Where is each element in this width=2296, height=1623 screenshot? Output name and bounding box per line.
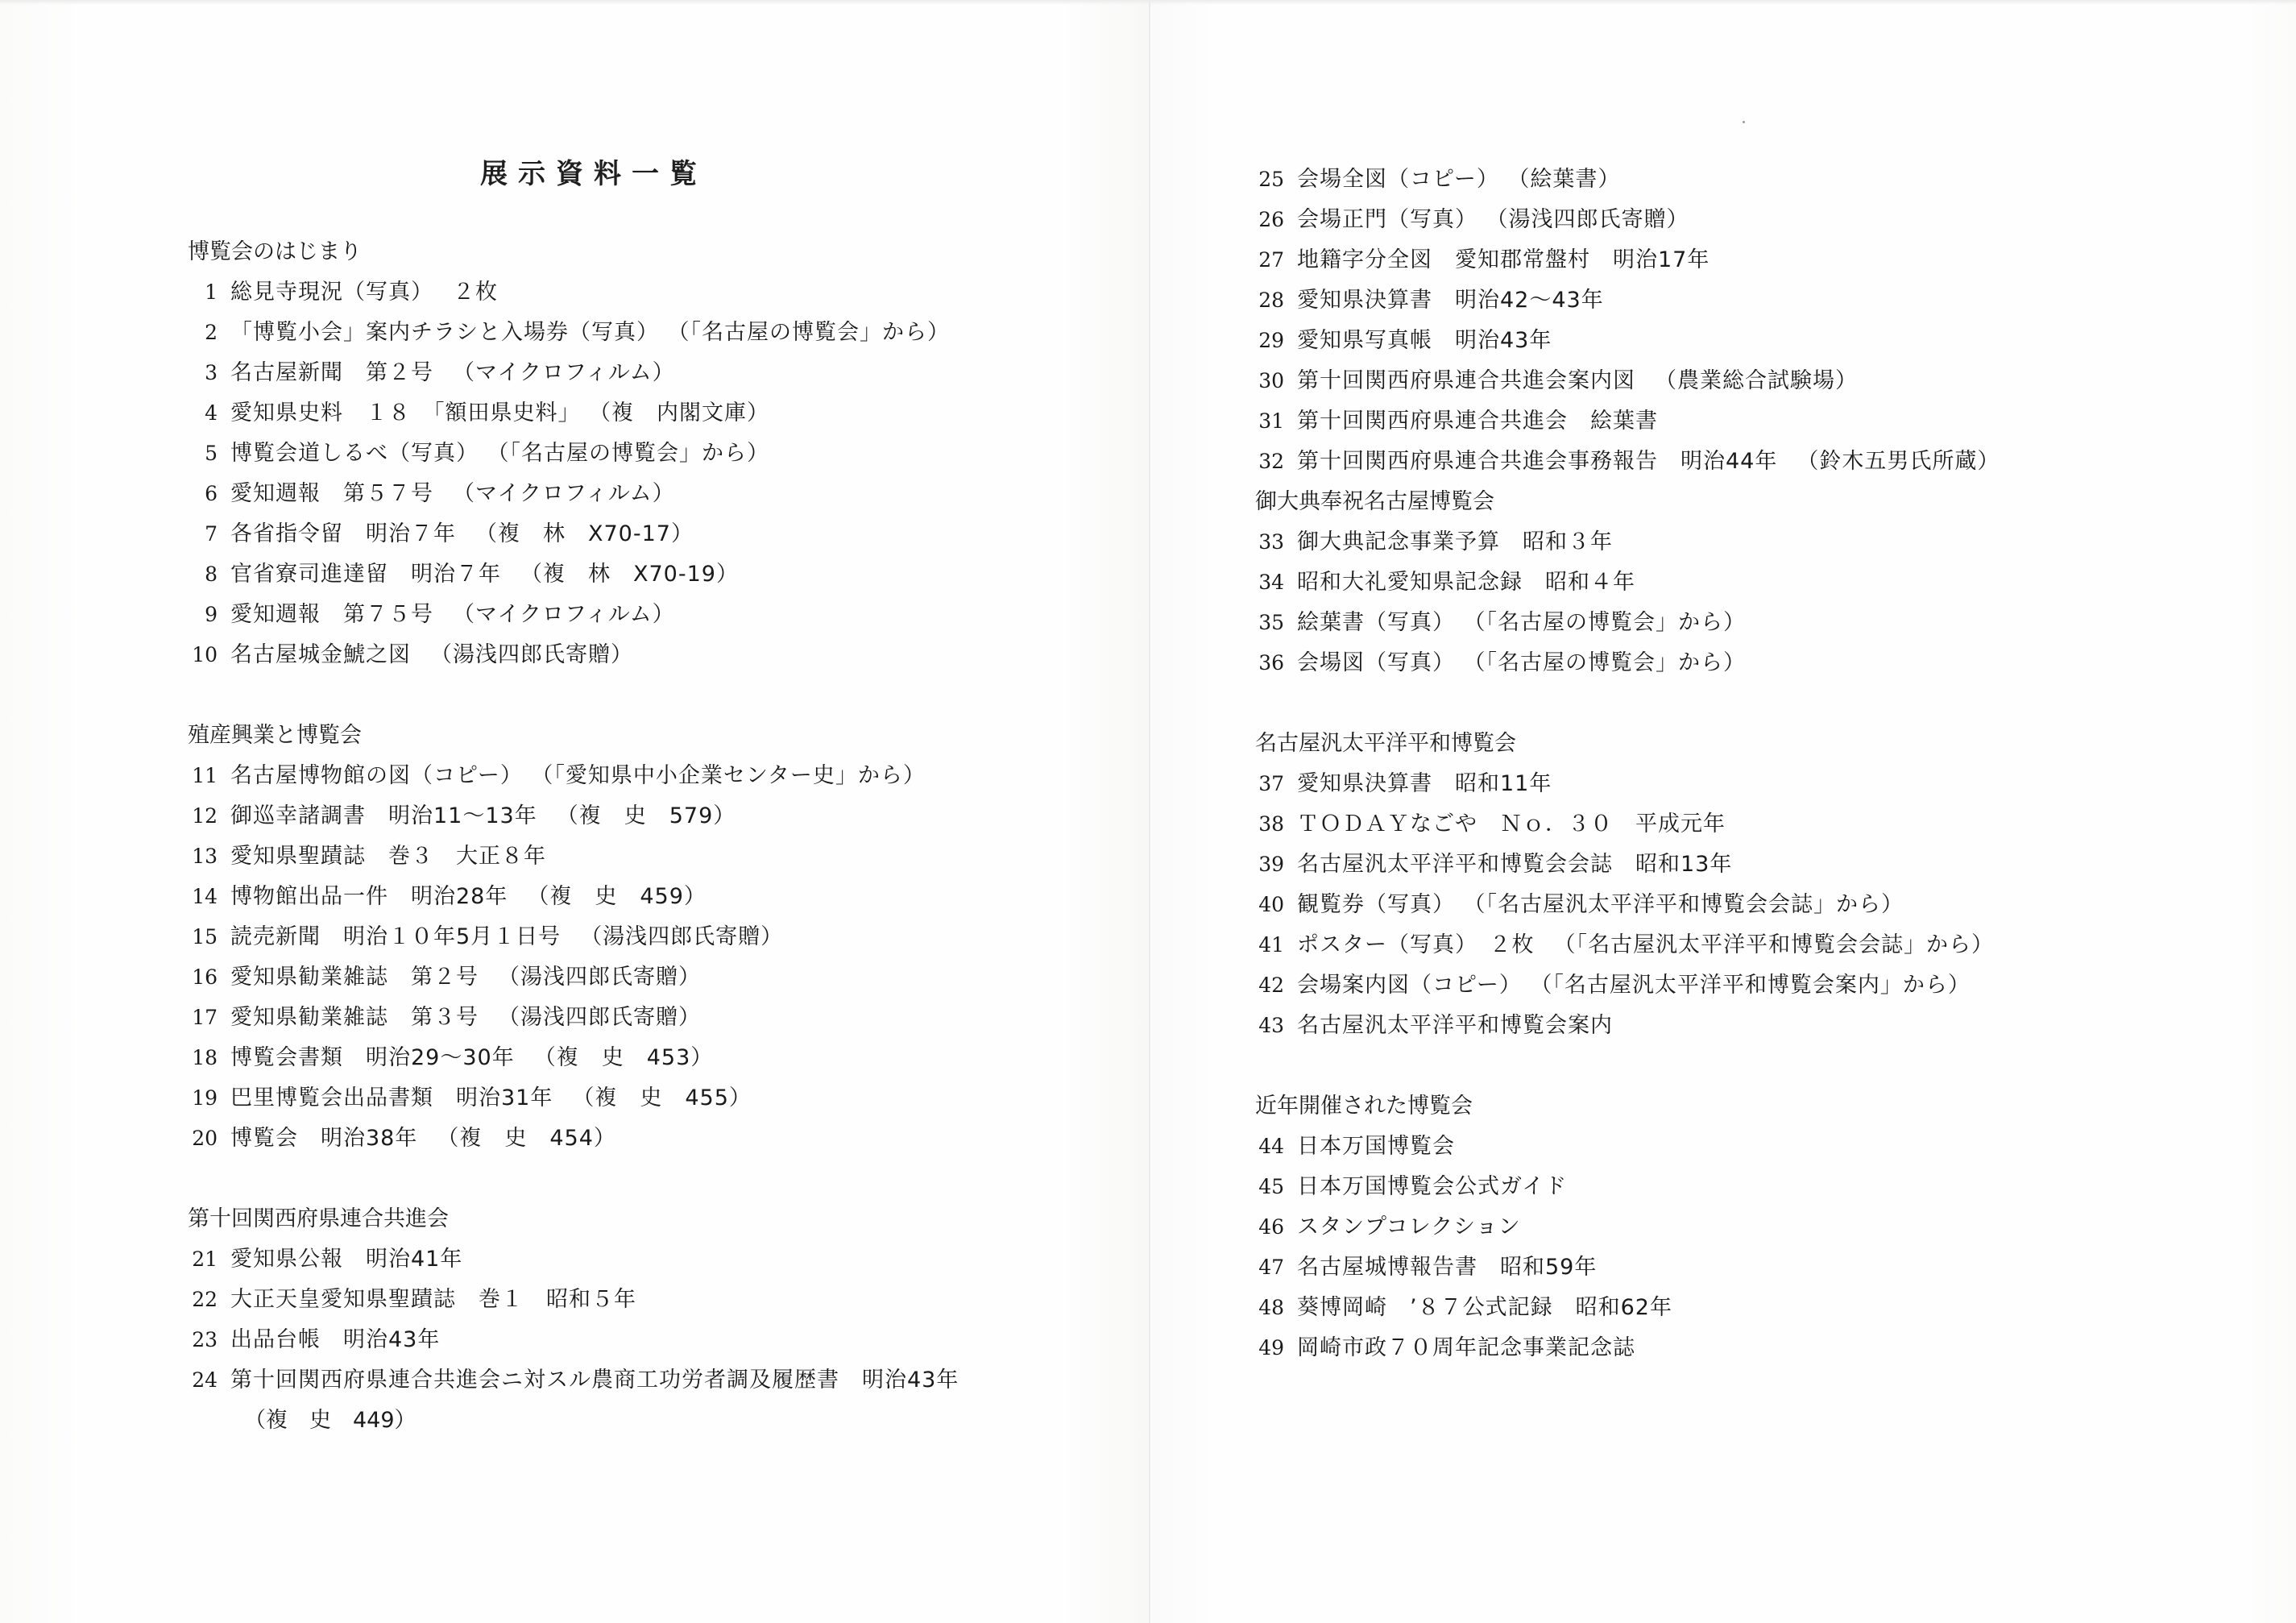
item-note: （複 林 X70-19） — [520, 562, 739, 587]
item-number: 27 — [1247, 247, 1284, 274]
item-number: 6 — [180, 480, 218, 508]
item-number: 12 — [180, 803, 218, 830]
item-continuation: （複 史 449） — [244, 1407, 417, 1434]
item-number: 46 — [1247, 1214, 1284, 1241]
item-number: 49 — [1247, 1335, 1284, 1362]
item-title: 絵葉書（写真） — [1297, 610, 1455, 635]
item-note: （鈴木五男氏所蔵） — [1797, 449, 2000, 474]
item-title: 愛知県公報 明治41年 — [230, 1247, 462, 1272]
item-number: 39 — [1247, 851, 1284, 878]
item-number: 40 — [1247, 891, 1284, 919]
item-title: 愛知県写真帳 明治43年 — [1297, 328, 1552, 353]
item-number: 16 — [180, 964, 218, 991]
item-title: 名古屋城金鯱之図 — [230, 642, 411, 667]
item-title: 「博覧小会」案内チラシと入場券（写真） — [230, 320, 659, 345]
item-number: 47 — [1247, 1254, 1284, 1281]
item-number: 14 — [180, 883, 218, 911]
item-title: 日本万国博覧会公式ガイド — [1297, 1174, 1567, 1199]
item-number: 34 — [1247, 569, 1284, 596]
item-title: 第十回関西府県連合共進会案内図 — [1297, 368, 1635, 393]
item-note: （マイクロフィルム） — [453, 481, 675, 506]
item-number: 10 — [180, 641, 218, 669]
item-title: 出品台帳 明治43年 — [230, 1327, 440, 1352]
item-note: （湯浅四郎氏寄贈） — [498, 1005, 701, 1030]
item-number: 32 — [1247, 448, 1284, 475]
item-number: 9 — [180, 601, 218, 629]
item-note: （「名古屋汎太平洋平和博覧会会誌」から） — [1474, 892, 1904, 917]
item-note: （複 史 579） — [557, 803, 736, 828]
item-title: 博物館出品一件 明治28年 — [230, 884, 508, 909]
item-number: 8 — [180, 561, 218, 588]
item-note: （「名古屋汎太平洋平和博覧会案内」から） — [1541, 973, 1971, 998]
item-title: 大正天皇愛知県聖蹟誌 巻１ 昭和５年 — [230, 1287, 636, 1312]
item-note: （複 史 454） — [437, 1126, 616, 1151]
item-title: 会場正門（写真） — [1297, 207, 1477, 232]
item-number: 11 — [180, 762, 218, 790]
item-number: 18 — [180, 1044, 218, 1072]
item-number: 38 — [1247, 811, 1284, 838]
item-note: （湯浅四郎氏寄贈） — [430, 642, 633, 667]
item-number: 4 — [180, 400, 218, 427]
item-note: （湯浅四郎氏寄贈） — [498, 965, 701, 990]
item-number: 29 — [1247, 327, 1284, 355]
item-number: 5 — [180, 440, 218, 467]
item-title: 博覧会書類 明治29～30年 — [230, 1045, 515, 1070]
item-number: 44 — [1247, 1133, 1284, 1160]
scan-speck — [1743, 121, 1745, 123]
item-title: 御大典記念事業予算 昭和３年 — [1297, 529, 1613, 554]
item-title: 葵博岡崎 ’８７公式記録 昭和62年 — [1297, 1295, 1672, 1320]
item-title: 愛知県勧業雑誌 第３号 — [230, 1005, 479, 1030]
item-number: 3 — [180, 359, 218, 387]
item-number: 1 — [180, 279, 218, 306]
item-number: 15 — [180, 924, 218, 951]
item-number: 2 — [180, 319, 218, 347]
item-title: 観覧券（写真） — [1297, 892, 1455, 917]
item-number: 48 — [1247, 1294, 1284, 1322]
item-number: 31 — [1247, 408, 1284, 435]
item-number: 30 — [1247, 367, 1284, 395]
item-number: 26 — [1247, 206, 1284, 234]
item-number: 23 — [180, 1326, 218, 1354]
item-title: ＴＯＤＡＹなごや Ｎｏ．３０ 平成元年 — [1297, 811, 1726, 836]
item-number: 36 — [1247, 650, 1284, 677]
item-title: 各省指令留 明治７年 — [230, 521, 456, 546]
item-number: 28 — [1247, 287, 1284, 314]
item-title: 地籍字分全図 愛知郡常盤村 明治17年 — [1297, 247, 1710, 272]
item-number: 43 — [1247, 1012, 1284, 1040]
item-note: （複 内閣文庫） — [600, 401, 770, 425]
item-title: 愛知県史料 １８ 「額田県史料」 — [230, 401, 581, 425]
item-title: 名古屋汎太平洋平和博覧会案内 — [1297, 1013, 1613, 1038]
item-note: （「名古屋の博覧会」から） — [1474, 610, 1746, 635]
item-number: 19 — [180, 1085, 218, 1112]
item-title: 総見寺現況（写真） — [230, 280, 433, 305]
item-title: 名古屋城博報告書 昭和59年 — [1297, 1255, 1597, 1280]
item-note: （「名古屋の博覧会」から） — [678, 320, 950, 345]
item-number: 37 — [1247, 770, 1284, 798]
item-title: 官省寮司進達留 明治７年 — [230, 562, 501, 587]
item-number: 35 — [1247, 609, 1284, 637]
item-title: 名古屋汎太平洋平和博覧会会誌 昭和13年 — [1297, 852, 1732, 877]
item-title: 博覧会道しるべ（写真） — [230, 441, 479, 466]
item-number: 17 — [180, 1004, 218, 1031]
item-title: 岡崎市政７０周年記念事業記念誌 — [1297, 1335, 1635, 1360]
item-title: 読売新聞 明治１０年5月１日号 — [230, 924, 561, 949]
item-title: 日本万国博覧会 — [1297, 1134, 1455, 1159]
item-note: ２枚 — [453, 280, 498, 305]
section-heading: 博覧会のはじまり — [188, 239, 362, 266]
item-note: （「愛知県中小企業センター史」から） — [542, 763, 926, 788]
item-title: 博覧会 明治38年 — [230, 1126, 417, 1151]
item-title: 御巡幸諸調書 明治11～13年 — [230, 803, 537, 828]
item-number: 21 — [180, 1246, 218, 1273]
item-title: 第十回関西府県連合共進会ニ対スル農商工功労者調及履歴書 明治43年 — [230, 1368, 959, 1393]
item-note: （「名古屋の博覧会」から） — [498, 441, 769, 466]
item-title: 昭和大礼愛知県記念録 昭和４年 — [1297, 570, 1635, 595]
item-number: 7 — [180, 521, 218, 548]
item-note: （複 史 453） — [534, 1045, 714, 1070]
item-note: （複 史 455） — [572, 1085, 752, 1110]
section-heading: 殖産興業と博覧会 — [188, 722, 362, 749]
item-title: ポスター（写真） ２枚 — [1297, 932, 1535, 957]
item-number: 13 — [180, 843, 218, 870]
item-number: 22 — [180, 1286, 218, 1314]
item-note: （複 史 459） — [527, 884, 707, 909]
item-note: （マイクロフィルム） — [453, 360, 675, 385]
item-note: （絵葉書） — [1519, 167, 1621, 192]
item-title: 愛知県勧業雑誌 第２号 — [230, 965, 479, 990]
item-number: 33 — [1247, 529, 1284, 556]
item-title: 会場図（写真） — [1297, 650, 1455, 675]
item-title: 名古屋博物館の図（コピー） — [230, 763, 523, 788]
section-heading: 御大典奉祝名古屋博覧会 — [1255, 488, 1494, 516]
item-title: 会場全図（コピー） — [1297, 167, 1499, 192]
item-title: 愛知週報 第７５号 — [230, 602, 433, 627]
item-number: 25 — [1247, 166, 1284, 193]
section-heading: 近年開催された博覧会 — [1255, 1093, 1473, 1120]
item-number: 42 — [1247, 972, 1284, 999]
item-note: （湯浅四郎氏寄贈） — [580, 924, 783, 949]
item-note: （湯浅四郎氏寄贈） — [1497, 207, 1689, 232]
item-title: 第十回関西府県連合共進会 絵葉書 — [1297, 409, 1658, 434]
item-title: 愛知県決算書 昭和11年 — [1297, 771, 1552, 796]
item-title: 愛知県決算書 明治42～43年 — [1297, 288, 1604, 313]
section-heading: 第十回関西府県連合共進会 — [188, 1206, 449, 1233]
item-title: 巴里博覧会出品書類 明治31年 — [230, 1085, 553, 1110]
item-note: （マイクロフィルム） — [453, 602, 675, 627]
scan-top-edge — [0, 0, 2296, 5]
item-title: 第十回関西府県連合共進会事務報告 明治44年 — [1297, 449, 1777, 474]
document-title: 展示資料一覧 — [480, 158, 707, 190]
item-title: スタンプコレクション — [1297, 1214, 1521, 1239]
item-number: 20 — [180, 1125, 218, 1152]
item-number: 45 — [1247, 1173, 1284, 1201]
item-note: （「名古屋汎太平洋平和博覧会会誌」から） — [1554, 932, 1995, 957]
item-number: 24 — [180, 1367, 218, 1394]
item-number: 41 — [1247, 932, 1284, 959]
item-note: （複 林 X70-17） — [475, 521, 694, 546]
page-gutter — [1149, 0, 1150, 1623]
section-heading: 名古屋汎太平洋平和博覧会 — [1255, 730, 1516, 758]
item-title: 会場案内図（コピー） — [1297, 973, 1522, 998]
item-note: （「名古屋の博覧会」から） — [1474, 650, 1746, 675]
item-title: 愛知週報 第５７号 — [230, 481, 433, 506]
item-title: 名古屋新聞 第２号 — [230, 360, 433, 385]
item-note: （農業総合試験場） — [1655, 368, 1858, 393]
item-title: 愛知県聖蹟誌 巻３ 大正８年 — [230, 844, 546, 869]
